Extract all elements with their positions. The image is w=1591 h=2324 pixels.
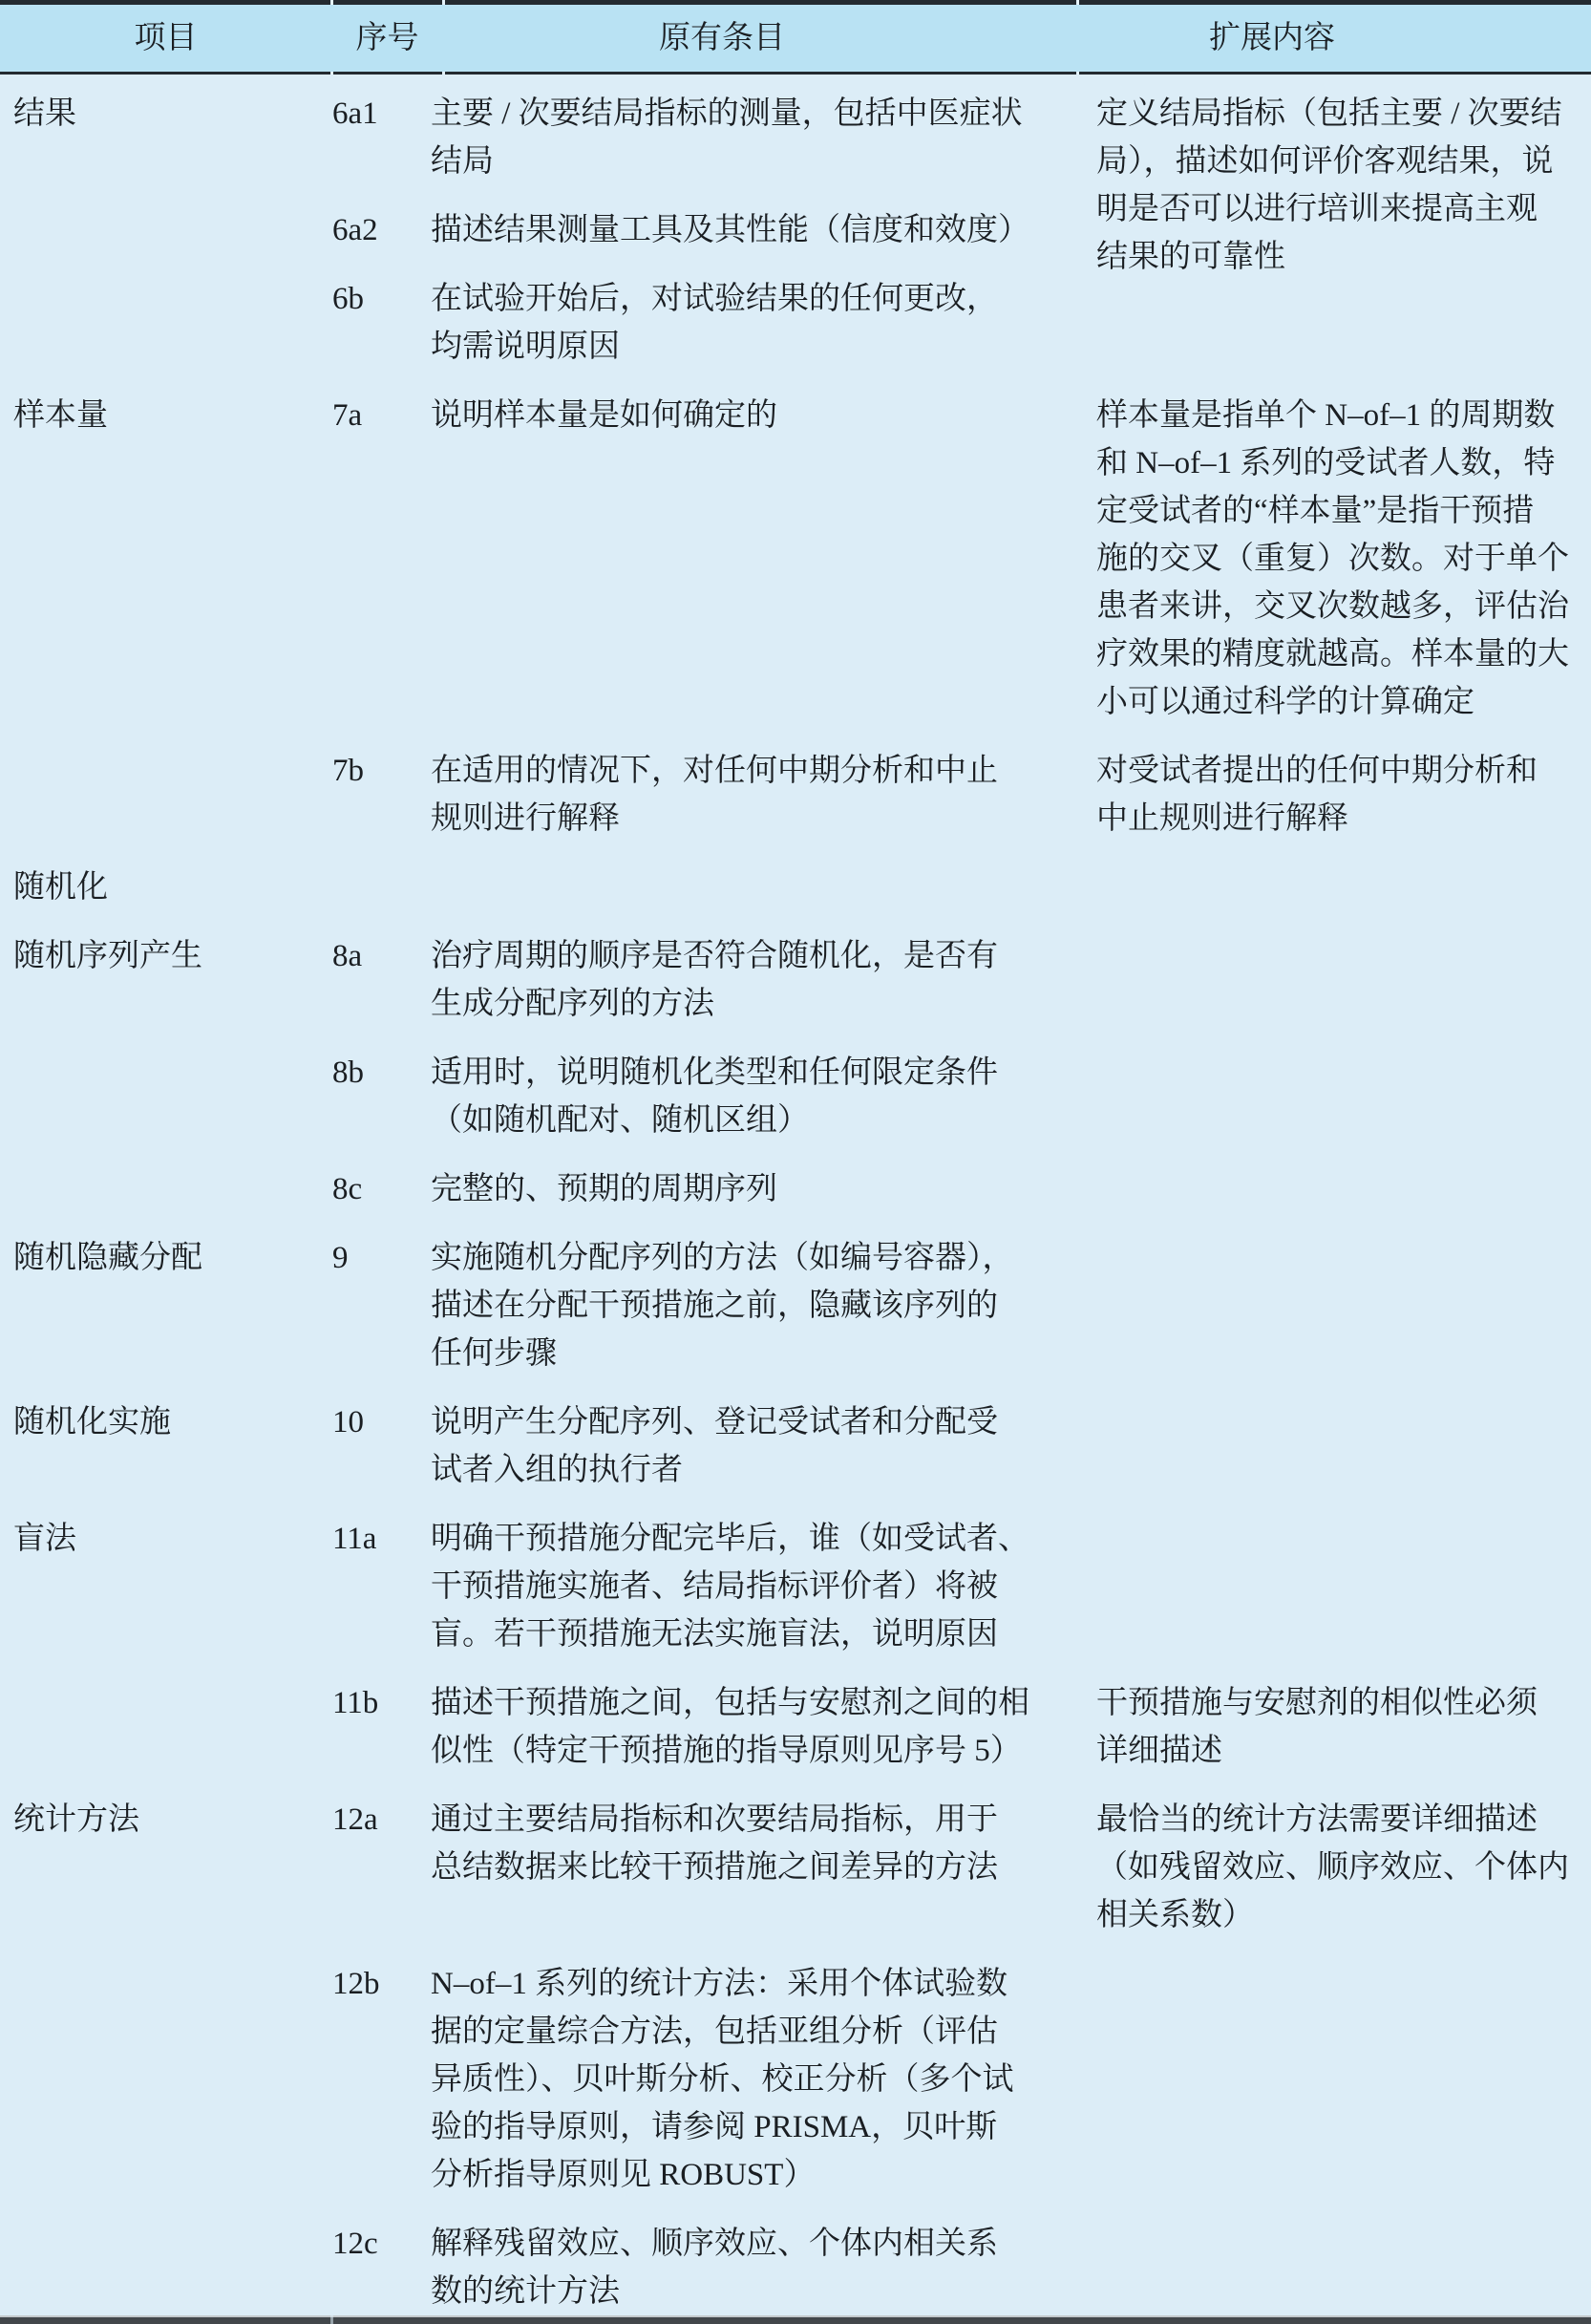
extension-text: 样本量是指单个 N–of–1 的周期数 和 N–of–1 系列的受试者人数，特 … xyxy=(1096,392,1591,726)
entry-number: 11b xyxy=(331,1679,431,1775)
column-divider-notch xyxy=(330,0,333,5)
row-entries: 12c 解释残留效应、顺序效应、个体内相关系 数的统计方法 xyxy=(331,2220,1096,2315)
extension-text: 最恰当的统计方法需要详细描述 （如残留效应、顺序效应、个体内 相关系数） xyxy=(1096,1796,1591,1939)
table-row: 11b 描述干预措施之间，包括与安慰剂之间的相 似性（特定干预措施的指导原则见序… xyxy=(0,1679,1591,1775)
row-label: 统计方法 xyxy=(0,1796,331,1844)
row-label: 盲法 xyxy=(0,1515,331,1563)
entry-text: 描述结果测量工具及其性能（信度和效度） xyxy=(431,206,1096,254)
table-row: 统计方法 12a 通过主要结局指标和次要结局指标，用于 总结数据来比较干预措施之… xyxy=(0,1796,1591,1939)
extension-text xyxy=(1096,1515,1591,1658)
column-header-item: 项目 xyxy=(0,14,331,62)
checklist-entry: 9 实施随机分配序列的方法（如编号容器）， 描述在分配干预措施之前，隐藏该序列的… xyxy=(331,1234,1096,1377)
entry-text: N–of–1 系列的统计方法：采用个体试验数 据的定量综合方法，包括亚组分析（评… xyxy=(431,1960,1096,2199)
table-row: 7b 在适用的情况下，对任何中期分析和中止 规则进行解释 对受试者提出的任何中期… xyxy=(0,747,1591,842)
section-row: 随机化 xyxy=(0,864,1591,911)
checklist-entry: 6b 在试验开始后，对试验结果的任何更改， 均需说明原因 xyxy=(331,275,1096,371)
extension-text xyxy=(1096,864,1591,911)
row-entries: 6a1 主要 / 次要结局指标的测量，包括中医症状 结局 6a2 描述结果测量工… xyxy=(331,90,1096,371)
checklist-entry: 7a 说明样本量是如何确定的 xyxy=(331,392,1096,439)
checklist-entry: 11b 描述干预措施之间，包括与安慰剂之间的相 似性（特定干预措施的指导原则见序… xyxy=(331,1679,1096,1775)
table-row: 结果 6a1 主要 / 次要结局指标的测量，包括中医症状 结局 6a2 描述结果… xyxy=(0,90,1591,371)
extension-text xyxy=(1096,2220,1591,2315)
row-entries: 11b 描述干预措施之间，包括与安慰剂之间的相 似性（特定干预措施的指导原则见序… xyxy=(331,1679,1096,1775)
checklist-entry: 6a2 描述结果测量工具及其性能（信度和效度） xyxy=(331,206,1096,254)
column-divider-notch xyxy=(442,72,445,75)
checklist-entry: 8c 完整的、预期的周期序列 xyxy=(331,1165,1096,1213)
entry-text: 描述干预措施之间，包括与安慰剂之间的相 似性（特定干预措施的指导原则见序号 5） xyxy=(431,1679,1096,1775)
table-header-row: 项目 序号 原有条目 扩展内容 xyxy=(0,5,1591,72)
extension-text xyxy=(1096,932,1591,1028)
checklist-entry: 7b 在适用的情况下，对任何中期分析和中止 规则进行解释 xyxy=(331,747,1096,842)
entry-text: 治疗周期的顺序是否符合随机化，是否有 生成分配序列的方法 xyxy=(431,932,1096,1028)
column-divider-notch xyxy=(330,72,333,75)
extension-text xyxy=(1096,1234,1591,1377)
row-entries: 10 说明产生分配序列、登记受试者和分配受 试者入组的执行者 xyxy=(331,1398,1096,1494)
table-body: 结果 6a1 主要 / 次要结局指标的测量，包括中医症状 结局 6a2 描述结果… xyxy=(0,75,1591,2315)
entry-number: 6a2 xyxy=(331,206,431,254)
row-entries xyxy=(331,864,1096,911)
row-label: 随机化实施 xyxy=(0,1398,331,1446)
entry-number: 8b xyxy=(331,1049,431,1144)
entry-number: 11a xyxy=(331,1515,431,1658)
table-row: 8b 适用时，说明随机化类型和任何限定条件 （如随机配对、随机区组） xyxy=(0,1049,1591,1144)
checklist-entry: 11a 明确干预措施分配完毕后，谁（如受试者、 干预措施实施者、结局指标评价者）… xyxy=(331,1515,1096,1658)
entry-number: 6a1 xyxy=(331,90,431,185)
entry-text: 通过主要结局指标和次要结局指标，用于 总结数据来比较干预措施之间差异的方法 xyxy=(431,1796,1096,1891)
checklist-entry: 10 说明产生分配序列、登记受试者和分配受 试者入组的执行者 xyxy=(331,1398,1096,1494)
checklist-entry: 12a 通过主要结局指标和次要结局指标，用于 总结数据来比较干预措施之间差异的方… xyxy=(331,1796,1096,1891)
row-entries: 8b 适用时，说明随机化类型和任何限定条件 （如随机配对、随机区组） xyxy=(331,1049,1096,1144)
entry-number: 12b xyxy=(331,1960,431,2199)
table-row: 样本量 7a 说明样本量是如何确定的 样本量是指单个 N–of–1 的周期数 和… xyxy=(0,392,1591,726)
entry-text: 说明产生分配序列、登记受试者和分配受 试者入组的执行者 xyxy=(431,1398,1096,1494)
entry-number: 10 xyxy=(331,1398,431,1494)
entry-text: 明确干预措施分配完毕后，谁（如受试者、 干预措施实施者、结局指标评价者）将被 盲… xyxy=(431,1515,1096,1658)
table-row: 盲法 11a 明确干预措施分配完毕后，谁（如受试者、 干预措施实施者、结局指标评… xyxy=(0,1515,1591,1658)
checklist-entry: 12c 解释残留效应、顺序效应、个体内相关系 数的统计方法 xyxy=(331,2220,1096,2315)
entry-number: 6b xyxy=(331,275,431,371)
extension-text xyxy=(1096,1398,1591,1494)
extension-text: 定义结局指标（包括主要 / 次要结 局），描述如何评价客观结果，说 明是否可以进… xyxy=(1096,90,1591,371)
entry-number: 9 xyxy=(331,1234,431,1377)
entry-number: 8c xyxy=(331,1165,431,1213)
column-header-serial: 序号 xyxy=(331,14,443,62)
row-entries: 7a 说明样本量是如何确定的 xyxy=(331,392,1096,726)
entry-text: 在试验开始后，对试验结果的任何更改， 均需说明原因 xyxy=(431,275,1096,371)
table-row: 12c 解释残留效应、顺序效应、个体内相关系 数的统计方法 xyxy=(0,2220,1591,2315)
extension-text: 干预措施与安慰剂的相似性必须 详细描述 xyxy=(1096,1679,1591,1775)
checklist-entry: 12b N–of–1 系列的统计方法：采用个体试验数 据的定量综合方法，包括亚组… xyxy=(331,1960,1096,2199)
row-entries: 12a 通过主要结局指标和次要结局指标，用于 总结数据来比较干预措施之间差异的方… xyxy=(331,1796,1096,1939)
checklist-entry: 8a 治疗周期的顺序是否符合随机化，是否有 生成分配序列的方法 xyxy=(331,932,1096,1028)
row-entries: 11a 明确干预措施分配完毕后，谁（如受试者、 干预措施实施者、结局指标评价者）… xyxy=(331,1515,1096,1658)
table-row: 随机化实施 10 说明产生分配序列、登记受试者和分配受 试者入组的执行者 xyxy=(0,1398,1591,1494)
table-row: 12b N–of–1 系列的统计方法：采用个体试验数 据的定量综合方法，包括亚组… xyxy=(0,1960,1591,2199)
row-entries: 12b N–of–1 系列的统计方法：采用个体试验数 据的定量综合方法，包括亚组… xyxy=(331,1960,1096,2199)
extension-text: 对受试者提出的任何中期分析和 中止规则进行解释 xyxy=(1096,747,1591,842)
entry-text: 适用时，说明随机化类型和任何限定条件 （如随机配对、随机区组） xyxy=(431,1049,1096,1144)
entry-text: 解释残留效应、顺序效应、个体内相关系 数的统计方法 xyxy=(431,2220,1096,2315)
bottom-border-dark xyxy=(0,2317,1591,2324)
entry-number: 7b xyxy=(331,747,431,842)
row-label: 随机化 xyxy=(0,864,331,911)
row-entries: 8a 治疗周期的顺序是否符合随机化，是否有 生成分配序列的方法 xyxy=(331,932,1096,1028)
extension-text xyxy=(1096,1960,1591,2199)
entry-text: 主要 / 次要结局指标的测量，包括中医症状 结局 xyxy=(431,90,1096,185)
table-header-rule xyxy=(0,72,1591,75)
row-label: 结果 xyxy=(0,90,331,138)
checklist-table-page: { "header": { "col1": "项目", "col2": "序号"… xyxy=(0,0,1591,2324)
entry-number: 7a xyxy=(331,392,431,439)
table-bottom-border xyxy=(0,2315,1591,2324)
entry-number: 12a xyxy=(331,1796,431,1891)
table-row: 随机隐藏分配 9 实施随机分配序列的方法（如编号容器）， 描述在分配干预措施之前… xyxy=(0,1234,1591,1377)
table-row: 8c 完整的、预期的周期序列 xyxy=(0,1165,1591,1213)
entry-text: 在适用的情况下，对任何中期分析和中止 规则进行解释 xyxy=(431,747,1096,842)
entry-number: 8a xyxy=(331,932,431,1028)
row-label: 样本量 xyxy=(0,392,331,439)
column-divider-notch xyxy=(442,0,445,5)
table-top-border xyxy=(0,0,1591,5)
column-divider-notch xyxy=(330,2315,333,2324)
table-row: 随机序列产生 8a 治疗周期的顺序是否符合随机化，是否有 生成分配序列的方法 xyxy=(0,932,1591,1028)
row-label: 随机隐藏分配 xyxy=(0,1234,331,1282)
row-entries: 8c 完整的、预期的周期序列 xyxy=(331,1165,1096,1213)
column-header-original: 原有条目 xyxy=(443,14,1077,62)
entry-text: 说明样本量是如何确定的 xyxy=(431,392,1096,439)
extension-text xyxy=(1096,1049,1591,1144)
row-label: 随机序列产生 xyxy=(0,932,331,980)
column-header-extension: 扩展内容 xyxy=(1077,14,1591,62)
row-entries: 9 实施随机分配序列的方法（如编号容器）， 描述在分配干预措施之前，隐藏该序列的… xyxy=(331,1234,1096,1377)
checklist-entry: 6a1 主要 / 次要结局指标的测量，包括中医症状 结局 xyxy=(331,90,1096,185)
checklist-entry: 8b 适用时，说明随机化类型和任何限定条件 （如随机配对、随机区组） xyxy=(331,1049,1096,1144)
row-entries: 7b 在适用的情况下，对任何中期分析和中止 规则进行解释 xyxy=(331,747,1096,842)
entry-text: 实施随机分配序列的方法（如编号容器）， 描述在分配干预措施之前，隐藏该序列的 任… xyxy=(431,1234,1096,1377)
column-divider-notch xyxy=(1076,72,1079,75)
extension-text xyxy=(1096,1165,1591,1213)
entry-number: 12c xyxy=(331,2220,431,2315)
entry-text: 完整的、预期的周期序列 xyxy=(431,1165,1096,1213)
column-divider-notch xyxy=(1076,0,1079,5)
